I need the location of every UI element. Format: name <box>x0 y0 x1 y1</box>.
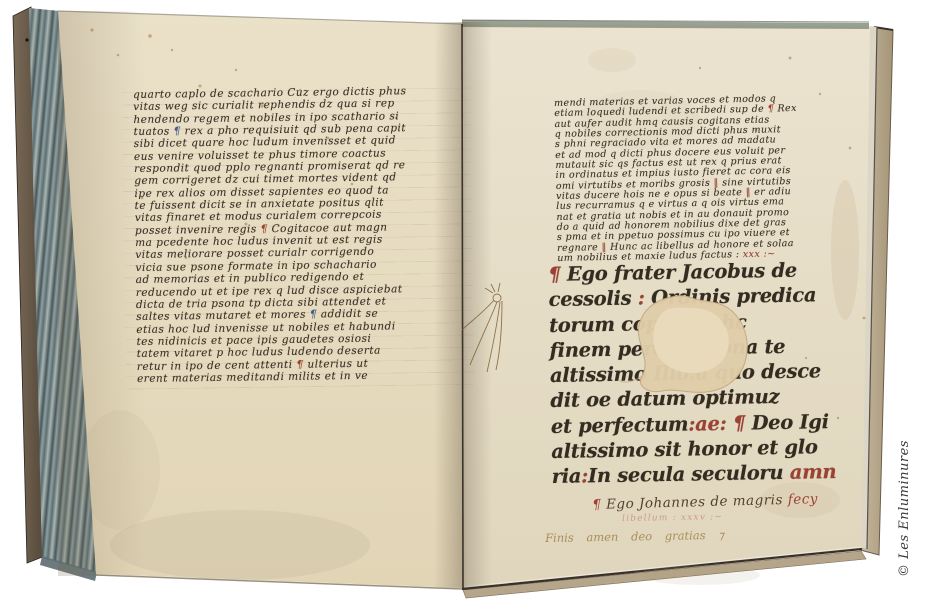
right-page-explicit-text: ¶ Ego frater Jacobus decessolis : Ordini… <box>548 256 870 489</box>
manuscript-photo: quarto caplo de scachario Cuz ergo dicti… <box>0 0 936 600</box>
copyright-watermark: © Les Enluminures <box>897 440 912 577</box>
faded-red-line: libellum : xxxv :~ <box>622 512 723 524</box>
left-page-text: quarto caplo de scachario Cuz ergo dicti… <box>133 84 471 385</box>
right-page-small-text: mendi materias et varias voces et modos … <box>554 93 843 264</box>
